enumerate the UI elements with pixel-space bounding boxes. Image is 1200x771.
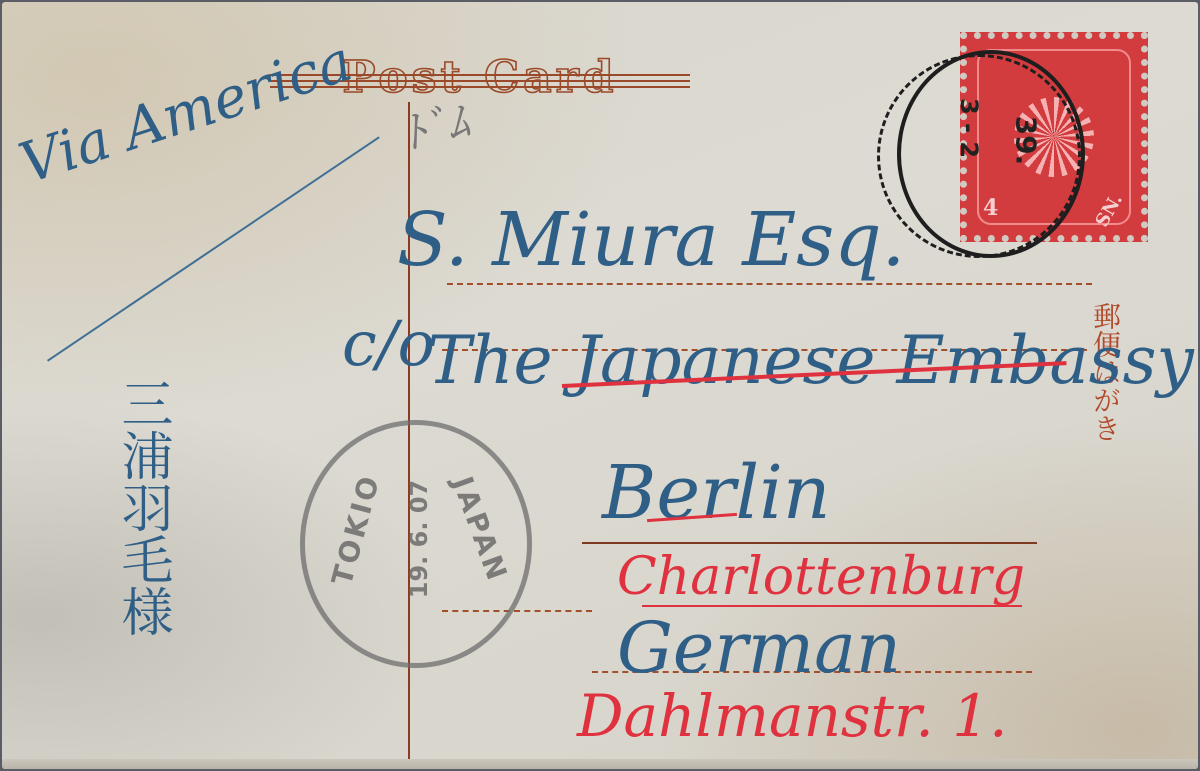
address-embassy: The Japanese Embassy xyxy=(427,322,1194,399)
address-guide-line xyxy=(447,283,1092,285)
postmark-date: 3 - 2 xyxy=(955,98,983,158)
pencil-mark: ﾄﾞﾑ xyxy=(396,86,474,162)
address-city: Berlin xyxy=(602,450,831,536)
forwarding-district: Charlottenburg xyxy=(617,547,1025,607)
bottom-edge xyxy=(2,759,1198,769)
postmark-number: 39. xyxy=(1009,116,1042,166)
postcard: Post Card Via America ﾄﾞﾑ 三浦羽毛様 郵便はがき S.… xyxy=(2,2,1198,769)
forwarding-street: Dahlmanstr. 1. xyxy=(577,682,1008,750)
sender-name-japanese: 三浦羽毛様 xyxy=(112,377,172,637)
via-america-note: Via America xyxy=(12,29,360,197)
postmark-city: TOKIO xyxy=(325,470,386,588)
postmark-country: JAPAN xyxy=(446,472,515,587)
address-country: German xyxy=(617,607,901,689)
gray-receiving-postmark: TOKIO JAPAN 19. 6. 07 xyxy=(300,420,532,668)
care-of: c/o xyxy=(342,307,435,380)
postmark-date: 19. 6. 07 xyxy=(405,480,433,598)
address-guide-line xyxy=(582,542,1037,544)
addressee-name: S. Miura Esq. xyxy=(397,197,905,283)
black-postmark: 3 - 2 39. xyxy=(897,50,1085,258)
